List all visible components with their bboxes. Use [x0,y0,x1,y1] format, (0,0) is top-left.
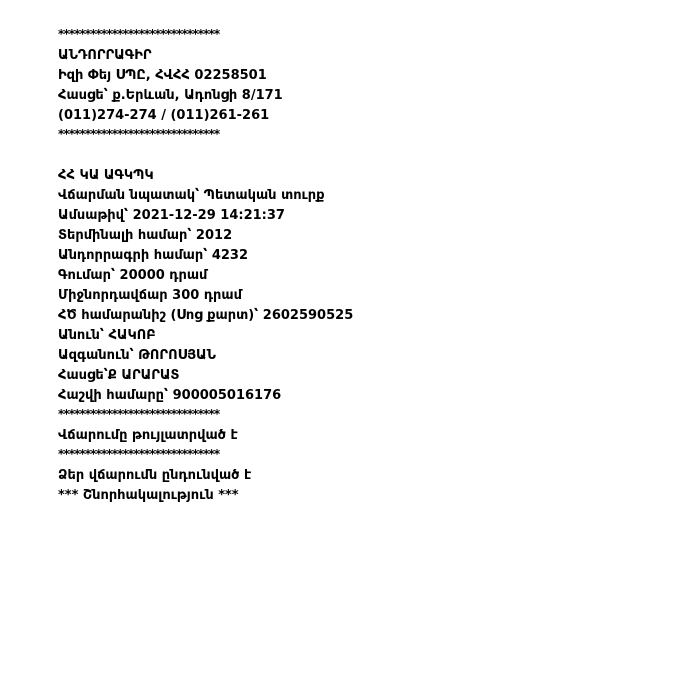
receipt: ****************************** ԱՆԴՈՐՐԱԳԻ… [58,26,658,506]
social-card-number: ՀԾ համարանիշ (Սոց քարտ)՝ 2602590525 [58,306,658,326]
payment-date: Ամսաթիվ՝ 2021-12-29 14:21:37 [58,206,658,226]
last-name: Ազգանուն՝ ԹՈՐՈՍՅԱՆ [58,346,658,366]
company-phones: (011)274-274 / (011)261-261 [58,106,658,126]
section-title: ՀՀ ԿԱ ԱԳԿՊԿ [58,166,658,186]
payer-address: Հասցե՝Ք ԱՐԱՐԱՏ [58,366,658,386]
payment-accepted: Ձեր վճարումն ընդունված է [58,466,658,486]
terminal-number: Տերմինալի համար՝ 2012 [58,226,658,246]
receipt-number: Անդորրագրի համար՝ 4232 [58,246,658,266]
separator-details: ****************************** [58,406,658,426]
receipt-title: ԱՆԴՈՐՐԱԳԻՐ [58,46,658,66]
separator-status: ****************************** [58,446,658,466]
separator-header: ****************************** [58,126,658,146]
payment-purpose: Վճարման նպատակ՝ Պետական տուրք [58,186,658,206]
company-info: Իզի Փեյ ՍՊԸ, ՀՎՀՀ 02258501 [58,66,658,86]
company-address: Հասցե՝ ք.Երևան, Ադոնցի 8/171 [58,86,658,106]
payment-status: Վճարումը թույլատրված է [58,426,658,446]
first-name: Անուն՝ ՀԱԿՈԲ [58,326,658,346]
blank-line [58,146,658,166]
payment-amount: Գումար՝ 20000 դրամ [58,266,658,286]
account-number: Հաշվի համարը՝ 900005016176 [58,386,658,406]
commission-fee: Միջնորդավճար 300 դրամ [58,286,658,306]
thank-you: *** Շնորհակալություն *** [58,486,658,506]
separator-top: ****************************** [58,26,658,46]
